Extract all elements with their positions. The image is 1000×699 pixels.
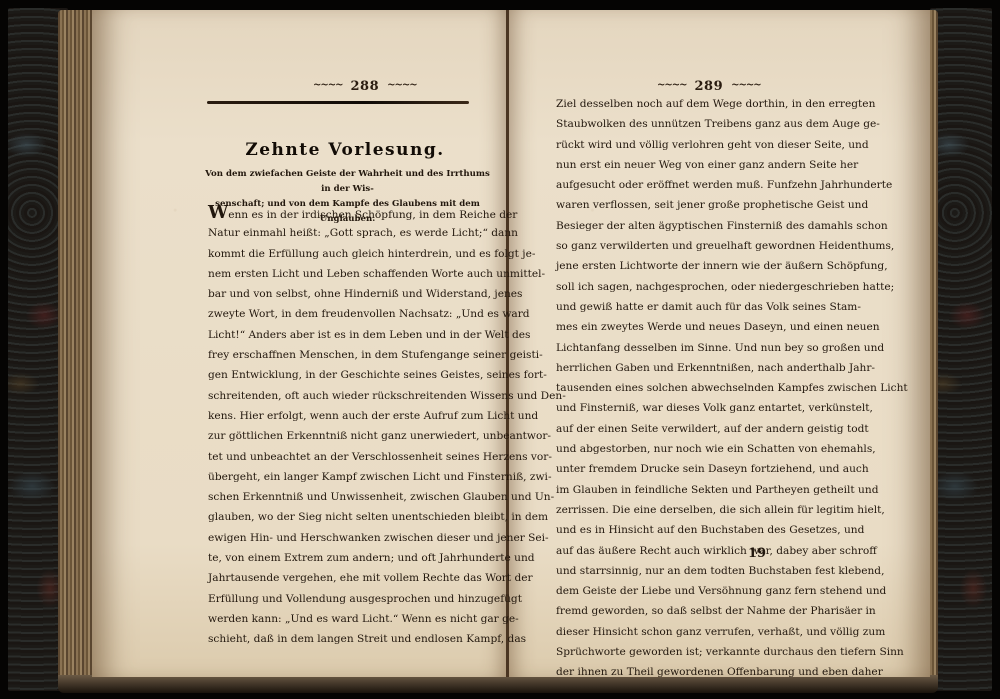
text-line: jene ersten Lichtworte der innern wie de…	[556, 256, 822, 276]
page-number-left-value: 288	[351, 79, 380, 94]
text-line: bar und von selbst, ohne Hinderniß und W…	[208, 284, 471, 304]
right-page-body: Ziel desselben noch auf dem Wege dorthin…	[556, 94, 822, 683]
text-line: Licht!“ Anders aber ist es in dem Leben …	[208, 325, 471, 345]
signature-mark: 19	[748, 546, 766, 561]
ornament-dash: ~~~~	[313, 80, 343, 91]
text-line: herrlichen Gaben und Erkenntnißen, nach …	[556, 358, 822, 378]
text-line: kens. Hier erfolgt, wenn auch der erste …	[208, 406, 471, 426]
subtitle-line: Von dem zwiefachen Geiste der Wahrheit u…	[205, 167, 490, 197]
text-line: Staubwolken des unnützen Treibens ganz a…	[556, 114, 822, 134]
open-book-scene: ~~~~288~~~~ Zehnte Vorlesung. Von dem zw…	[0, 0, 1000, 699]
text-line: Erfüllung und Vollendung ausgesprochen u…	[208, 589, 471, 609]
text-line: zerrissen. Die eine derselben, die sich …	[556, 500, 822, 520]
left-page-body: Wenn es in der irdischen Schöpfung, in d…	[208, 203, 471, 650]
text-line: Wenn es in der irdischen Schöpfung, in d…	[208, 203, 471, 223]
marbled-cover-right	[930, 8, 992, 691]
ornament-dash: ~~~~	[731, 80, 761, 91]
text-line: schen Erkenntniß und Unwissenheit, zwisc…	[208, 487, 471, 507]
page-number-left: ~~~~288~~~~	[305, 79, 425, 94]
chapter-heading: Zehnte Vorlesung.	[200, 140, 490, 160]
page-number-right: ~~~~289~~~~	[649, 79, 769, 94]
text-line: auf der einen Seite verwildert, auf der …	[556, 419, 822, 439]
text-line: Natur einmahl heißt: „Gott sprach, es we…	[208, 223, 471, 243]
header-rule	[207, 101, 469, 104]
text-line: übergeht, ein langer Kampf zwischen Lich…	[208, 467, 471, 487]
text-line: auf das äußere Recht auch wirklich war, …	[556, 541, 822, 561]
text-line: zur göttlichen Erkenntniß nicht ganz une…	[208, 426, 471, 446]
text-line: so ganz verwilderten und greuelhaft gewo…	[556, 236, 822, 256]
text-line: und es in Hinsicht auf den Buchstaben de…	[556, 520, 822, 540]
text-line: tet und unbeachtet an der Verschlossenhe…	[208, 447, 471, 467]
text-line: fremd geworden, so daß selbst der Nahme …	[556, 601, 822, 621]
text-line: und starrsinnig, nur an dem todten Buchs…	[556, 561, 822, 581]
text-line: und Finsterniß, war dieses Volk ganz ent…	[556, 398, 822, 418]
text-line: Jahrtausende vergehen, ehe mit vollem Re…	[208, 568, 471, 588]
text-line: zweyte Wort, in dem freudenvollen Nachsa…	[208, 304, 471, 324]
text-line: und abgestorben, nur noch wie ein Schatt…	[556, 439, 822, 459]
text-line: frey erschaffnen Menschen, in dem Stufen…	[208, 345, 471, 365]
text-line: dem Geiste der Liebe und Versöhnung ganz…	[556, 581, 822, 601]
text-line: glauben, wo der Sieg nicht selten unents…	[208, 507, 471, 527]
text-line: soll ich sagen, nachgesprochen, oder nie…	[556, 277, 822, 297]
text-line: mes ein zweytes Werde und neues Daseyn, …	[556, 317, 822, 337]
text-line: te, von einem Extrem zum andern; und oft…	[208, 548, 471, 568]
page-number-right-value: 289	[695, 79, 724, 94]
text-line: gen Entwicklung, in der Geschichte seine…	[208, 365, 471, 385]
ornament-dash: ~~~~	[657, 80, 687, 91]
text-line: schieht, daß in dem langen Streit und en…	[208, 629, 471, 649]
text-line: rückt wird und völlig verlohren geht von…	[556, 135, 822, 155]
text-line: nun erst ein neuer Weg von einer ganz an…	[556, 155, 822, 175]
text-line: kommt die Erfüllung auch gleich hinterdr…	[208, 244, 471, 264]
text-line: Ziel desselben noch auf dem Wege dorthin…	[556, 94, 822, 114]
text-line: nem ersten Licht und Leben schaffenden W…	[208, 264, 471, 284]
text-line: Lichtanfang desselben im Sinne. Und nun …	[556, 338, 822, 358]
text-line: Sprüchworte geworden ist; verkannte durc…	[556, 642, 822, 662]
text-line: im Glauben in feindliche Sekten und Part…	[556, 480, 822, 500]
text-line: unter fremdem Drucke sein Daseyn fortzie…	[556, 459, 822, 479]
text-line: dieser Hinsicht schon ganz verrufen, ver…	[556, 622, 822, 642]
text-line: tausenden eines solchen abwechselnden Ka…	[556, 378, 822, 398]
text-line: waren verflossen, seit jener große proph…	[556, 195, 822, 215]
text-line: schreitenden, oft auch wieder rückschrei…	[208, 386, 471, 406]
text-line: der ihnen zu Theil gewordenen Offenbarun…	[556, 662, 822, 682]
text-line: werden kann: „Und es ward Licht.“ Wenn e…	[208, 609, 471, 629]
text-line: ewigen Hin- und Herschwanken zwischen di…	[208, 528, 471, 548]
text-line: Besieger der alten ägyptischen Finsterni…	[556, 216, 822, 236]
ornament-dash: ~~~~	[387, 80, 417, 91]
text-line: und gewiß hatte er damit auch für das Vo…	[556, 297, 822, 317]
text-line: aufgesucht oder eröffnet werden muß. Fun…	[556, 175, 822, 195]
